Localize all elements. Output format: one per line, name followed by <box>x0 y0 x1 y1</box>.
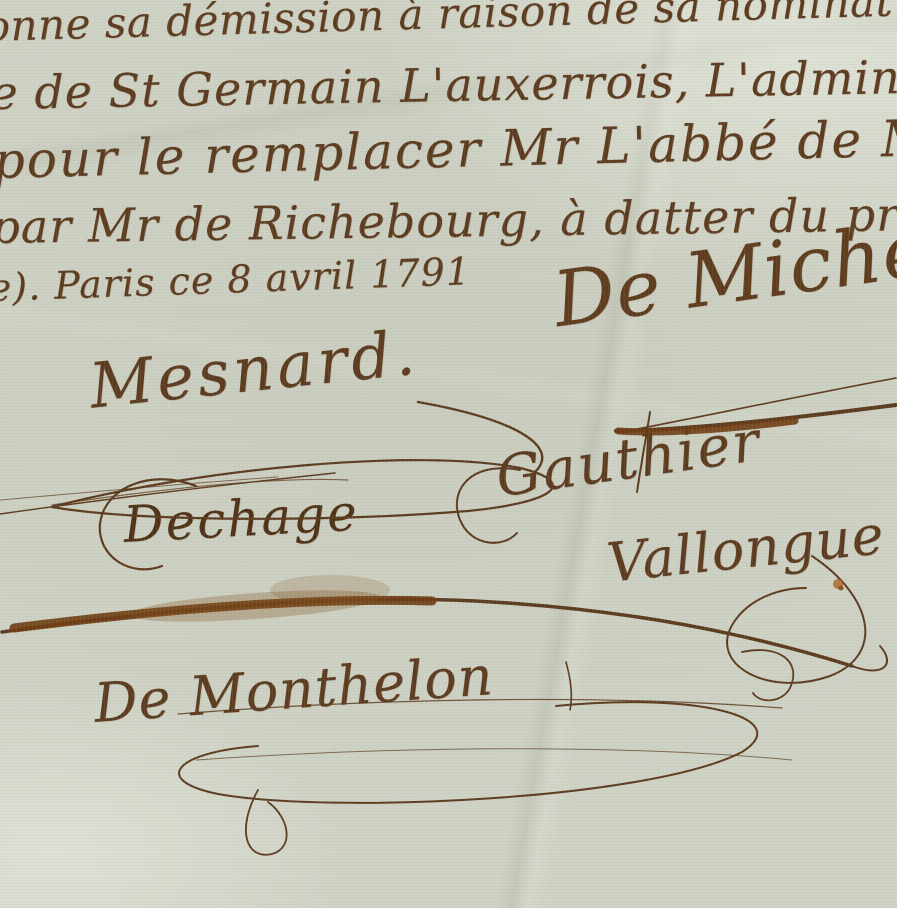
signature-gauthier: Gauthier <box>492 409 765 510</box>
ink-smear <box>129 584 380 627</box>
monthelon-hairline-2 <box>196 749 792 760</box>
rust-stain-core <box>839 586 844 591</box>
rust-stain <box>833 579 843 589</box>
manuscript-scan: onne sa démission à raison de sa nominat… <box>0 0 897 908</box>
ink-smear-small <box>270 575 390 605</box>
monthelon-descender-loop <box>246 790 287 855</box>
signature-dechage: Dechage <box>122 484 360 554</box>
manuscript-line-1: onne sa démission à raison de sa nominat <box>0 0 894 51</box>
heavy-underline-thick <box>14 600 432 628</box>
signature-vallongue: Vallongue <box>604 503 887 595</box>
manuscript-dateline: e). Paris ce 8 avril 1791 <box>0 249 472 310</box>
small-pen-stroke <box>566 662 571 710</box>
monthelon-top-hook <box>742 650 793 700</box>
manuscript-line-2: e de St Germain L'auxerrois, L'administ <box>0 49 897 120</box>
underline-end-hook <box>852 646 887 670</box>
signature-mesnard: Mesnard. <box>86 316 422 423</box>
signature-de-monthelon: De Monthelon <box>92 644 495 735</box>
manuscript-line-3: pour le remplacer Mr L'abbé de Moin <box>0 107 897 190</box>
